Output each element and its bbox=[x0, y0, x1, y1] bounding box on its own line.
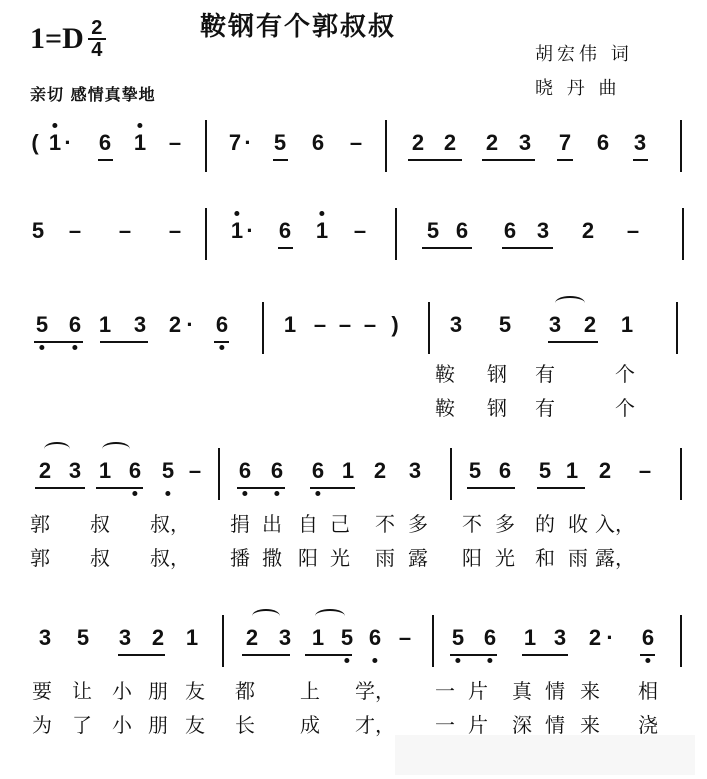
lyric-char: 朋 bbox=[148, 675, 168, 704]
barline bbox=[385, 120, 387, 172]
lyric-char: 郭 bbox=[30, 508, 50, 537]
lyric-char: 都 bbox=[235, 675, 255, 704]
note: 2 bbox=[246, 625, 258, 651]
octave-up-dot bbox=[138, 123, 143, 128]
lyric-char: 情 bbox=[545, 709, 565, 738]
lyric-char: 友 bbox=[185, 675, 205, 704]
octave-down-dot bbox=[488, 658, 493, 663]
note: 6 bbox=[456, 218, 468, 244]
barline bbox=[395, 208, 397, 260]
note: 5 bbox=[162, 458, 174, 484]
beam-underline bbox=[422, 247, 472, 249]
note: 6 bbox=[239, 458, 251, 484]
dash-note: – bbox=[169, 218, 181, 244]
slur-arc bbox=[555, 296, 585, 310]
lyric-char: 学， bbox=[355, 675, 395, 704]
note: 3 bbox=[450, 312, 462, 338]
octave-down-dot bbox=[220, 345, 225, 350]
barline bbox=[205, 208, 207, 260]
lyric-char: 叔， bbox=[150, 508, 190, 537]
key-signature: 1=D 2 4 bbox=[30, 18, 106, 60]
note: 5 bbox=[427, 218, 439, 244]
note: 3 bbox=[279, 625, 291, 651]
lyric-char: 雨 bbox=[568, 542, 588, 571]
slur-arc bbox=[252, 609, 280, 623]
lyric-char: 叔， bbox=[150, 542, 190, 571]
lyric-char: 小 bbox=[112, 709, 132, 738]
note: 5 bbox=[36, 312, 48, 338]
lyric-char: 片 bbox=[468, 709, 488, 738]
note: 5 bbox=[77, 625, 89, 651]
lyric-char: 自 bbox=[298, 508, 318, 537]
lyric-char: 友 bbox=[185, 709, 205, 738]
barline bbox=[218, 448, 220, 500]
lyric-char: 鞍 bbox=[435, 392, 455, 421]
note: 1 bbox=[524, 625, 536, 651]
barline bbox=[676, 302, 678, 354]
dash-note: – bbox=[169, 130, 181, 156]
lyric-char: 阳 bbox=[298, 542, 318, 571]
dash-note: – bbox=[627, 218, 639, 244]
note: 2 bbox=[589, 625, 601, 651]
lyric-char: 有 bbox=[535, 358, 555, 387]
lyric-char: 的 bbox=[535, 508, 555, 537]
note: 3 bbox=[549, 312, 561, 338]
note: 2 bbox=[39, 458, 51, 484]
note: 6 bbox=[312, 130, 324, 156]
lyric-char: 播 bbox=[230, 542, 250, 571]
note: 6 bbox=[312, 458, 324, 484]
lyric-char: 不 bbox=[375, 508, 395, 537]
note: 5 bbox=[452, 625, 464, 651]
note: 6 bbox=[129, 458, 141, 484]
score-line-2: 5–––1·61–56632– bbox=[0, 218, 707, 278]
barline bbox=[680, 615, 682, 667]
lyric-char: 收 bbox=[568, 508, 588, 537]
note: 3 bbox=[119, 625, 131, 651]
note: 1 bbox=[312, 625, 324, 651]
note: 1 bbox=[284, 312, 296, 338]
note: 1 bbox=[186, 625, 198, 651]
octave-down-dot bbox=[73, 345, 78, 350]
lyric-char: 为 bbox=[32, 709, 52, 738]
note: 1 bbox=[134, 130, 146, 156]
dash-note: – bbox=[189, 458, 201, 484]
note: 2 bbox=[486, 130, 498, 156]
note: 1 bbox=[621, 312, 633, 338]
note: 1 bbox=[342, 458, 354, 484]
note: 6 bbox=[369, 625, 381, 651]
lyric-char: 个 bbox=[615, 358, 635, 387]
lyric-char: 相 bbox=[638, 675, 658, 704]
lyric-char: 朋 bbox=[148, 709, 168, 738]
lyric-char: 不 bbox=[462, 508, 482, 537]
note: 3 bbox=[39, 625, 51, 651]
note: 3 bbox=[409, 458, 421, 484]
barline bbox=[682, 208, 684, 260]
lyric-char: 让 bbox=[72, 675, 92, 704]
barline bbox=[432, 615, 434, 667]
barline bbox=[428, 302, 430, 354]
lyric-char: 钢 bbox=[487, 392, 507, 421]
beam-underline bbox=[450, 654, 497, 656]
lyric-char: 光 bbox=[495, 542, 515, 571]
lyric-char: 上 bbox=[300, 675, 320, 704]
note: 5 bbox=[32, 218, 44, 244]
note: 1 bbox=[316, 218, 328, 244]
note: 2 bbox=[599, 458, 611, 484]
slur-arc bbox=[315, 609, 345, 623]
beam-underline bbox=[98, 159, 113, 161]
dot-mark: · bbox=[244, 130, 251, 156]
dash-note: – bbox=[119, 218, 131, 244]
lyric-char: 出 bbox=[262, 508, 282, 537]
lyric-char: 雨 bbox=[375, 542, 395, 571]
octave-down-dot bbox=[243, 491, 248, 496]
lyric-char: 要 bbox=[32, 675, 52, 704]
lyric-char: 多 bbox=[495, 508, 515, 537]
beam-underline bbox=[96, 487, 143, 489]
note: 5 bbox=[341, 625, 353, 651]
note: 2 bbox=[584, 312, 596, 338]
lyric-char: 露， bbox=[595, 542, 635, 571]
barline bbox=[680, 120, 682, 172]
beam-underline bbox=[35, 487, 85, 489]
octave-down-dot bbox=[456, 658, 461, 663]
beam-underline bbox=[237, 487, 285, 489]
dash-note: – bbox=[69, 218, 81, 244]
dot-mark: · bbox=[606, 625, 613, 651]
barline bbox=[205, 120, 207, 172]
beam-underline bbox=[640, 654, 655, 656]
lyric-char: 捐 bbox=[230, 508, 250, 537]
octave-down-dot bbox=[646, 658, 651, 663]
lyric-char: 阳 bbox=[462, 542, 482, 571]
key-label: 1=D bbox=[30, 22, 84, 56]
lyric-char: 多 bbox=[408, 508, 428, 537]
barline bbox=[680, 448, 682, 500]
note: 6 bbox=[642, 625, 654, 651]
note: 2 bbox=[444, 130, 456, 156]
lyric-char: 了 bbox=[72, 709, 92, 738]
beam-underline bbox=[557, 159, 573, 161]
note: 5 bbox=[469, 458, 481, 484]
octave-up-dot bbox=[320, 211, 325, 216]
note: 3 bbox=[134, 312, 146, 338]
note: 1 bbox=[99, 458, 111, 484]
octave-down-dot bbox=[316, 491, 321, 496]
dash-note: – bbox=[314, 312, 326, 338]
beam-underline bbox=[482, 159, 535, 161]
octave-down-dot bbox=[133, 491, 138, 496]
song-title: 鞍钢有个郭叔叔 bbox=[200, 6, 396, 43]
note: 2 bbox=[152, 625, 164, 651]
tempo-marking: 亲切 感情真挚地 bbox=[30, 82, 156, 105]
note: 6 bbox=[504, 218, 516, 244]
lyric-char: 片 bbox=[468, 675, 488, 704]
lyric-char: 和 bbox=[535, 542, 555, 571]
lyric-char: 钢 bbox=[487, 358, 507, 387]
note: 5 bbox=[539, 458, 551, 484]
beam-underline bbox=[34, 341, 83, 343]
note: 3 bbox=[554, 625, 566, 651]
note: 6 bbox=[99, 130, 111, 156]
beam-underline bbox=[214, 341, 229, 343]
lyric-char: 才， bbox=[355, 709, 395, 738]
beam-underline bbox=[537, 487, 585, 489]
dot-mark: · bbox=[186, 312, 193, 338]
lyric-char: 叔 bbox=[90, 542, 110, 571]
note: 1 bbox=[49, 130, 61, 156]
note: 2 bbox=[169, 312, 181, 338]
lyric-char: 浇 bbox=[638, 709, 658, 738]
dash-note: – bbox=[639, 458, 651, 484]
time-signature: 2 4 bbox=[88, 18, 106, 60]
octave-down-dot bbox=[373, 658, 378, 663]
note: ) bbox=[391, 312, 398, 338]
note: 2 bbox=[374, 458, 386, 484]
beam-underline bbox=[408, 159, 462, 161]
note: 3 bbox=[634, 130, 646, 156]
time-numerator: 2 bbox=[91, 18, 102, 38]
lyric-char: 一 bbox=[435, 709, 455, 738]
lyric-char: 撒 bbox=[262, 542, 282, 571]
composer-credit: 晓 丹 曲 bbox=[535, 74, 620, 100]
beam-underline bbox=[522, 654, 568, 656]
note: 6 bbox=[69, 312, 81, 338]
lyric-char: 小 bbox=[112, 675, 132, 704]
lyric-char: 情 bbox=[545, 675, 565, 704]
octave-down-dot bbox=[166, 491, 171, 496]
lyric-char: 长 bbox=[235, 709, 255, 738]
note: 5 bbox=[499, 312, 511, 338]
barline bbox=[222, 615, 224, 667]
note: 1 bbox=[231, 218, 243, 244]
lyric-char: 鞍 bbox=[435, 358, 455, 387]
score-line-1: (1·61–7·56–2223763 bbox=[0, 130, 707, 190]
lyric-char: 来 bbox=[580, 675, 600, 704]
beam-underline bbox=[502, 247, 553, 249]
slur-arc bbox=[102, 442, 130, 456]
beam-underline bbox=[548, 341, 598, 343]
octave-up-dot bbox=[53, 123, 58, 128]
note: 1 bbox=[99, 312, 111, 338]
note: 6 bbox=[216, 312, 228, 338]
lyric-char: 成 bbox=[300, 709, 320, 738]
dash-note: – bbox=[399, 625, 411, 651]
dot-mark: · bbox=[64, 130, 71, 156]
note: 5 bbox=[274, 130, 286, 156]
note: 3 bbox=[537, 218, 549, 244]
dot-mark: · bbox=[246, 218, 253, 244]
lyric-char: 入， bbox=[595, 508, 635, 537]
lyric-char: 真 bbox=[512, 675, 532, 704]
beam-underline bbox=[273, 159, 288, 161]
lyric-char: 光 bbox=[330, 542, 350, 571]
watermark-area bbox=[395, 735, 695, 775]
lyric-char: 深 bbox=[512, 709, 532, 738]
beam-underline bbox=[118, 654, 165, 656]
note: 6 bbox=[279, 218, 291, 244]
lyric-char: 个 bbox=[615, 392, 635, 421]
barline bbox=[450, 448, 452, 500]
lyric-char: 己 bbox=[330, 508, 350, 537]
lyric-char: 一 bbox=[435, 675, 455, 704]
note: 3 bbox=[519, 130, 531, 156]
beam-underline bbox=[278, 247, 293, 249]
octave-up-dot bbox=[235, 211, 240, 216]
note: 3 bbox=[69, 458, 81, 484]
beam-underline bbox=[633, 159, 648, 161]
note: 6 bbox=[597, 130, 609, 156]
beam-underline bbox=[100, 341, 148, 343]
note: 2 bbox=[412, 130, 424, 156]
barline bbox=[262, 302, 264, 354]
note: 6 bbox=[484, 625, 496, 651]
octave-down-dot bbox=[275, 491, 280, 496]
dash-note: – bbox=[354, 218, 366, 244]
lyric-char: 叔 bbox=[90, 508, 110, 537]
octave-down-dot bbox=[40, 345, 45, 350]
slur-arc bbox=[44, 442, 70, 456]
beam-underline bbox=[305, 654, 352, 656]
note: 1 bbox=[566, 458, 578, 484]
lyric-char: 来 bbox=[580, 709, 600, 738]
lyric-char: 露 bbox=[408, 542, 428, 571]
score-line-5: 3532123156–56132·6 bbox=[0, 625, 707, 685]
dash-note: – bbox=[339, 312, 351, 338]
beam-underline bbox=[242, 654, 290, 656]
lyricist-credit: 胡宏伟 词 bbox=[535, 40, 633, 66]
note: 2 bbox=[582, 218, 594, 244]
beam-underline bbox=[467, 487, 515, 489]
lyric-char: 有 bbox=[535, 392, 555, 421]
score-line-3: 56132·61–––)35321 bbox=[0, 312, 707, 372]
dash-note: – bbox=[350, 130, 362, 156]
beam-underline bbox=[310, 487, 355, 489]
octave-down-dot bbox=[345, 658, 350, 663]
lyric-char: 郭 bbox=[30, 542, 50, 571]
note: 6 bbox=[499, 458, 511, 484]
note: 6 bbox=[271, 458, 283, 484]
note: 7 bbox=[559, 130, 571, 156]
dash-note: – bbox=[364, 312, 376, 338]
note: 7 bbox=[229, 130, 241, 156]
note: ( bbox=[31, 130, 38, 156]
time-denominator: 4 bbox=[91, 40, 102, 60]
